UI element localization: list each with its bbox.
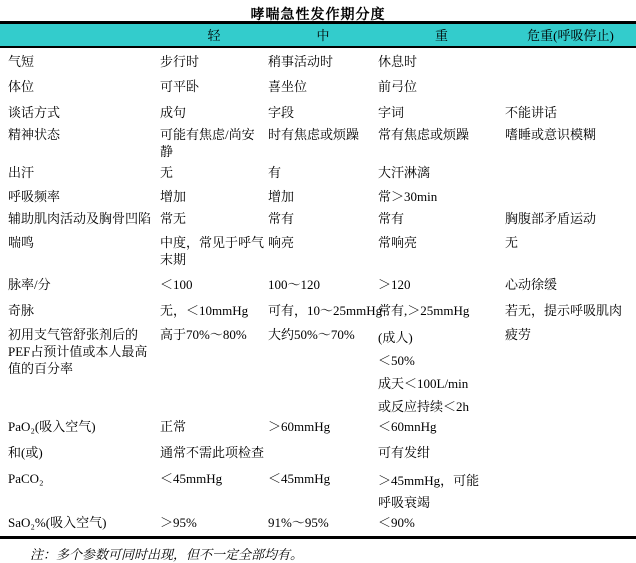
table-cell: 疲劳 bbox=[505, 326, 636, 343]
table-cell: 不能讲话 bbox=[505, 104, 636, 121]
row-label: 初用支气管舒张剂后的 PEF占预计值或本人最高 值的百分率 bbox=[8, 326, 160, 377]
table-row-and-or: 和(或) 通常不需此项检查 可有发绀 bbox=[0, 444, 636, 470]
table-cell: 无 bbox=[160, 164, 268, 181]
table-cell: 无 bbox=[505, 234, 636, 251]
table-row-sao2: SaO₂%(吸入空气) ＞95% 91%～95% ＜90% bbox=[0, 514, 636, 536]
footnote: 注：多个参数可同时出现，但不一定全部均有。 bbox=[0, 539, 636, 563]
table-cell: 响亮 bbox=[268, 234, 378, 251]
table-row-speech: 谈话方式 成句 字段 字词 不能讲话 bbox=[0, 104, 636, 126]
table-cell: ＞95% bbox=[160, 514, 268, 531]
table-row-pulsus-paradoxus: 奇脉 无，＜10mmHg 可有，10～25mmHg 常有,＞25mmHg 若无，… bbox=[0, 302, 636, 326]
table-cell: 字词 bbox=[378, 104, 505, 121]
row-label: 出汗 bbox=[8, 164, 160, 181]
table-cell: 常响亮 bbox=[378, 234, 505, 251]
table-cell: ＞45mmHg，可能 呼吸衰竭 bbox=[378, 470, 505, 514]
table-cell: ＜45mmHg bbox=[160, 470, 268, 487]
table-cell: 正常 bbox=[160, 418, 268, 435]
table-cell: ＜60mnHg bbox=[378, 418, 505, 435]
table-row-sweating: 出汗 无 有 大汗淋漓 bbox=[0, 164, 636, 188]
table-cell: 嗜睡或意识模糊 bbox=[505, 126, 636, 143]
table-cell: 休息时 bbox=[378, 53, 505, 70]
column-header-critical: 危重(呼吸停止) bbox=[505, 27, 636, 44]
table-cell: 字段 bbox=[268, 104, 378, 121]
row-label: 气短 bbox=[8, 53, 160, 70]
asthma-severity-classification-table: 哮喘急性发作期分度 轻 中 重 危重(呼吸停止) 气短 步行时 稍事活动时 休息… bbox=[0, 0, 636, 563]
table-cell: 喜坐位 bbox=[268, 78, 378, 95]
table-row-paco2: PaCO₂ ＜45mmHg ＜45mmHg ＞45mmHg，可能 呼吸衰竭 bbox=[0, 470, 636, 514]
table-cell: 可能有焦虑/尚安 静 bbox=[160, 126, 268, 160]
row-label: 辅助肌肉活动及胸骨凹陷 bbox=[8, 210, 160, 227]
row-label: 脉率/分 bbox=[8, 276, 160, 293]
table-cell: 通常不需此项检查 bbox=[160, 444, 268, 461]
table-row-pao2: PaO₂(吸入空气) 正常 ＞60mmHg ＜60mnHg bbox=[0, 418, 636, 444]
table-row-accessory-muscles: 辅助肌肉活动及胸骨凹陷 常无 常有 常有 胸腹部矛盾运动 bbox=[0, 210, 636, 234]
table-cell: 可有，10～25mmHg bbox=[268, 302, 378, 319]
row-label: PaO₂(吸入空气) bbox=[8, 418, 160, 435]
table-row-shortness-of-breath: 气短 步行时 稍事活动时 休息时 bbox=[0, 53, 636, 78]
table-cell: 常有,＞25mmHg bbox=[378, 302, 505, 319]
table-cell: 大汗淋漓 bbox=[378, 164, 505, 181]
table-cell: 100～120 bbox=[268, 276, 378, 293]
column-header-severe: 重 bbox=[378, 27, 505, 44]
row-label: SaO₂%(吸入空气) bbox=[8, 514, 160, 531]
column-header-mild: 轻 bbox=[160, 27, 268, 44]
table-row-position: 体位 可平卧 喜坐位 前弓位 bbox=[0, 78, 636, 104]
row-label: 奇脉 bbox=[8, 302, 160, 319]
row-label: 和(或) bbox=[8, 444, 160, 461]
table-cell: 增加 bbox=[160, 188, 268, 205]
table-cell: 可有发绀 bbox=[378, 444, 505, 461]
column-header-moderate: 中 bbox=[268, 27, 378, 44]
table-body: 气短 步行时 稍事活动时 休息时 体位 可平卧 喜坐位 前弓位 谈话方式 成句 … bbox=[0, 48, 636, 536]
table-header-row: 轻 中 重 危重(呼吸停止) bbox=[0, 21, 636, 48]
table-cell: 胸腹部矛盾运动 bbox=[505, 210, 636, 227]
table-cell: 可平卧 bbox=[160, 78, 268, 95]
table-row-pulse-rate: 脉率/分 ＜100 100～120 ＞120 心动徐缓 bbox=[0, 276, 636, 302]
table-cell: ＜45mmHg bbox=[268, 470, 378, 487]
table-cell: 有 bbox=[268, 164, 378, 181]
table-cell: 中度，常见于呼气 末期 bbox=[160, 234, 268, 268]
table-cell: ＜90% bbox=[378, 514, 505, 531]
row-label: 精神状态 bbox=[8, 126, 160, 143]
table-row-wheeze: 喘鸣 中度，常见于呼气 末期 响亮 常响亮 无 bbox=[0, 234, 636, 276]
table-cell: 常＞30min bbox=[378, 188, 505, 205]
table-cell: 无，＜10mmHg bbox=[160, 302, 268, 319]
table-cell: 91%～95% bbox=[268, 514, 378, 531]
table-cell: 步行时 bbox=[160, 53, 268, 70]
table-row-mental-state: 精神状态 可能有焦虑/尚安 静 时有焦虑或烦躁 常有焦虑或烦躁 嗜睡或意识模糊 bbox=[0, 126, 636, 164]
page-title: 哮喘急性发作期分度 bbox=[0, 0, 636, 21]
table-row-pef: 初用支气管舒张剂后的 PEF占预计值或本人最高 值的百分率 高于70%～80% … bbox=[0, 326, 636, 418]
table-cell: 常有 bbox=[378, 210, 505, 227]
table-cell: 若无，提示呼吸肌肉 bbox=[505, 302, 636, 319]
table-cell: 常有焦虑或烦躁 bbox=[378, 126, 505, 143]
table-row-respiratory-rate: 呼吸频率 增加 增加 常＞30min bbox=[0, 188, 636, 210]
table-cell: 稍事活动时 bbox=[268, 53, 378, 70]
row-label: 体位 bbox=[8, 78, 160, 95]
row-label: 喘鸣 bbox=[8, 234, 160, 251]
table-cell: ＞120 bbox=[378, 276, 505, 293]
table-cell: 时有焦虑或烦躁 bbox=[268, 126, 378, 143]
table-cell: 高于70%～80% bbox=[160, 326, 268, 343]
table-cell: 常无 bbox=[160, 210, 268, 227]
table-cell: 常有 bbox=[268, 210, 378, 227]
table-cell: ＞60mmHg bbox=[268, 418, 378, 435]
table-cell: 前弓位 bbox=[378, 78, 505, 95]
table-cell: 增加 bbox=[268, 188, 378, 205]
table-cell: 成句 bbox=[160, 104, 268, 121]
row-label: 谈话方式 bbox=[8, 104, 160, 121]
table-cell: 大约50%～70% bbox=[268, 326, 378, 343]
table-cell: (成人) ＜50% 成天＜100L/min 或反应持续＜2h bbox=[378, 326, 505, 418]
table-cell: ＜100 bbox=[160, 276, 268, 293]
row-label: 呼吸频率 bbox=[8, 188, 160, 205]
row-label: PaCO₂ bbox=[8, 470, 160, 487]
table-cell: 心动徐缓 bbox=[505, 276, 636, 293]
